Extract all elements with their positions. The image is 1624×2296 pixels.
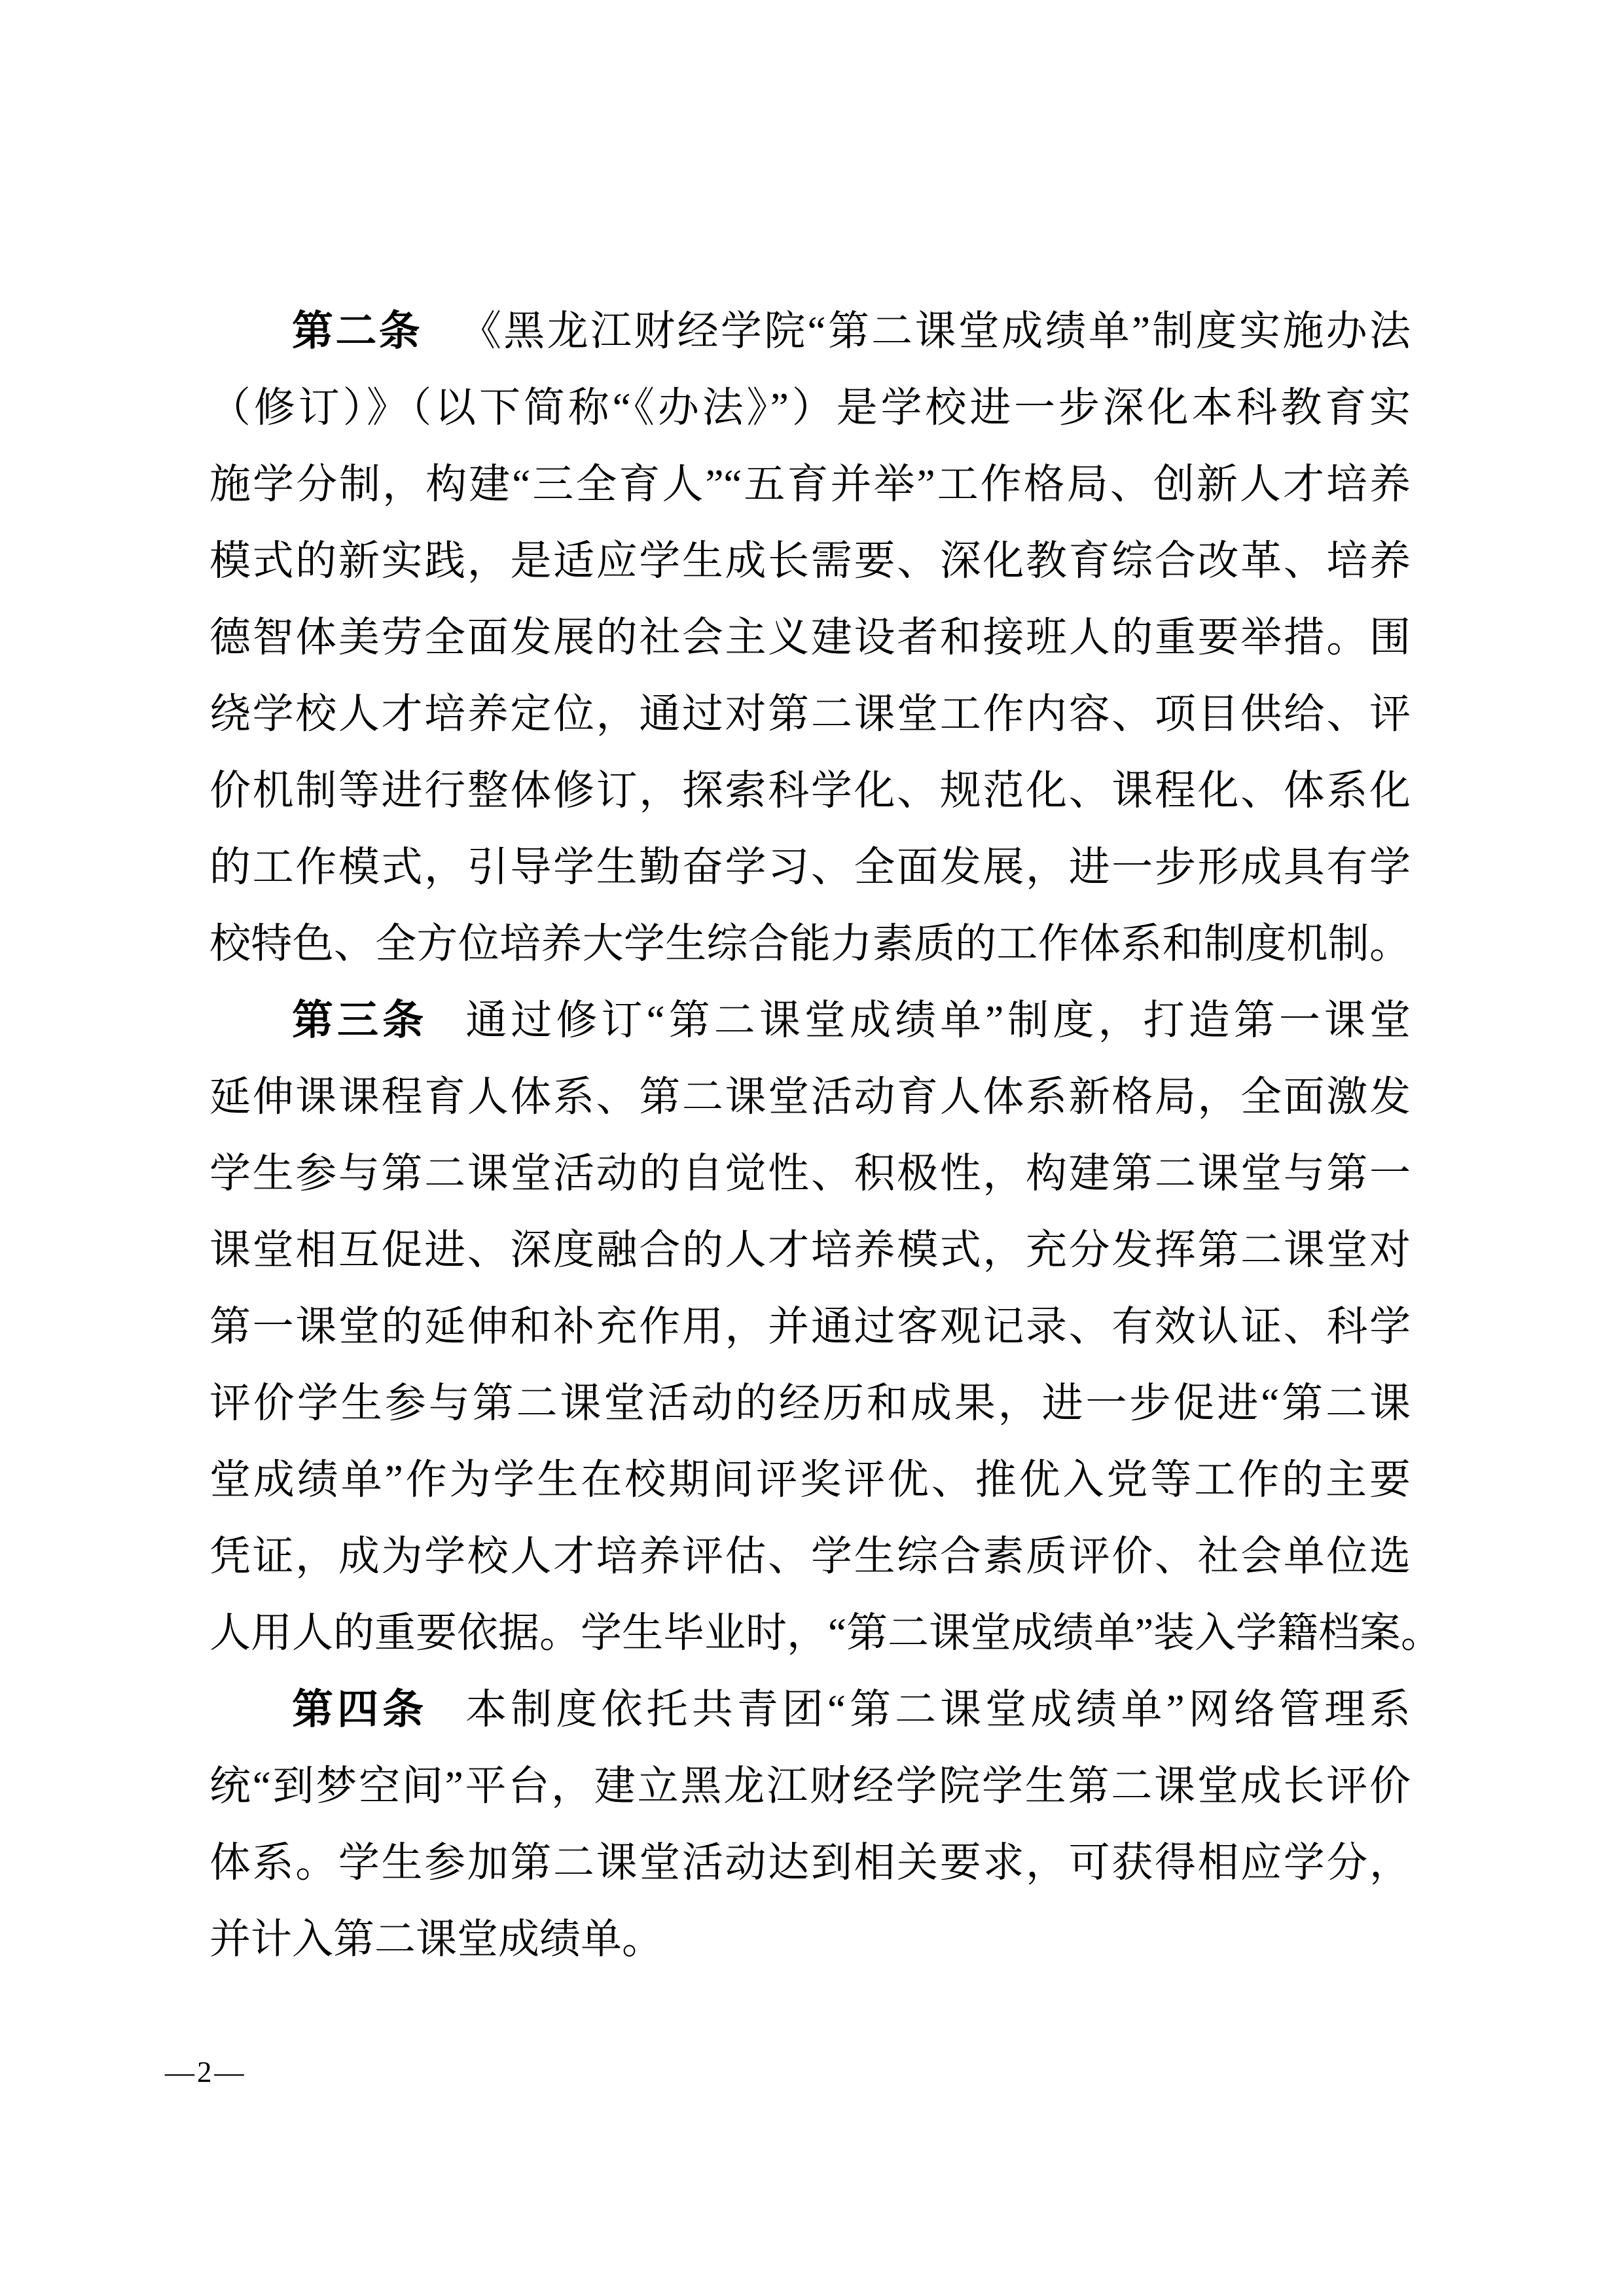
paragraph-1-line: 第二条《黑龙江财经学院“第二课堂成绩单”制度实施办法 (209, 293, 1411, 370)
paragraph-3-first-text: 本制度依托共青团“第二课堂成绩单”网络管理系 (465, 1687, 1411, 1732)
text-line: 延伸课课程育人体系、第二课堂活动育人体系新格局，全面激发 (209, 1059, 1411, 1136)
paragraph-2-line: 第三条通过修订“第二课堂成绩单”制度，打造第一课堂 (209, 982, 1411, 1059)
text-line: 德智体美劳全面发展的社会主义建设者和接班人的重要举措。围 (209, 600, 1411, 676)
document-page: 第二条《黑龙江财经学院“第二课堂成绩单”制度实施办法 （修订）》（以下简称“《办… (0, 0, 1624, 2296)
text-line: 体系。学生参加第二课堂活动达到相关要求，可获得相应学分， (209, 1825, 1411, 1901)
text-line: 并计入第二课堂成绩单。 (209, 1901, 1411, 1978)
text-line: 绕学校人才培养定位，通过对第二课堂工作内容、项目供给、评 (209, 676, 1411, 753)
text-line: 课堂相互促进、深度融合的人才培养模式，充分发挥第二课堂对 (209, 1212, 1411, 1289)
paragraph-2-first-text: 通过修订“第二课堂成绩单”制度，打造第一课堂 (465, 997, 1411, 1043)
text-line: 评价学生参与第二课堂活动的经历和成果，进一步促进“第二课 (209, 1365, 1411, 1442)
page-number: —2— (165, 2053, 247, 2092)
text-line: 施学分制，构建“三全育人”“五育并举”工作格局、创新人才培养 (209, 446, 1411, 523)
article-heading-3: 第三条 (292, 997, 427, 1043)
text-line: （修订）》（以下简称“《办法》”）是学校进一步深化本科教育实 (209, 370, 1411, 446)
text-line: 模式的新实践，是适应学生成长需要、深化教育综合改革、培养 (209, 523, 1411, 600)
paragraph-3-line: 第四条本制度依托共青团“第二课堂成绩单”网络管理系 (209, 1672, 1411, 1748)
text-line: 学生参与第二课堂活动的自觉性、积极性，构建第二课堂与第一 (209, 1136, 1411, 1212)
text-line: 人用人的重要依据。学生毕业时，“第二课堂成绩单”装入学籍档案。 (209, 1595, 1411, 1672)
document-body: 第二条《黑龙江财经学院“第二课堂成绩单”制度实施办法 （修订）》（以下简称“《办… (209, 293, 1411, 1978)
text-line: 堂成绩单”作为学生在校期间评奖评优、推优入党等工作的主要 (209, 1442, 1411, 1518)
text-line: 的工作模式，引导学生勤奋学习、全面发展，进一步形成具有学 (209, 829, 1411, 906)
text-line: 价机制等进行整体修订，探索科学化、规范化、课程化、体系化 (209, 753, 1411, 829)
paragraph-1-first-text: 《黑龙江财经学院“第二课堂成绩单”制度实施办法 (460, 308, 1411, 354)
text-line: 凭证，成为学校人才培养评估、学生综合素质评价、社会单位选 (209, 1518, 1411, 1595)
text-line: 校特色、全方位培养大学生综合能力素质的工作体系和制度机制。 (209, 906, 1411, 982)
text-line: 第一课堂的延伸和补充作用，并通过客观记录、有效认证、科学 (209, 1289, 1411, 1365)
text-line: 统“到梦空间”平台，建立黑龙江财经学院学生第二课堂成长评价 (209, 1748, 1411, 1825)
article-heading-2: 第二条 (292, 308, 422, 354)
article-heading-4: 第四条 (292, 1687, 427, 1732)
